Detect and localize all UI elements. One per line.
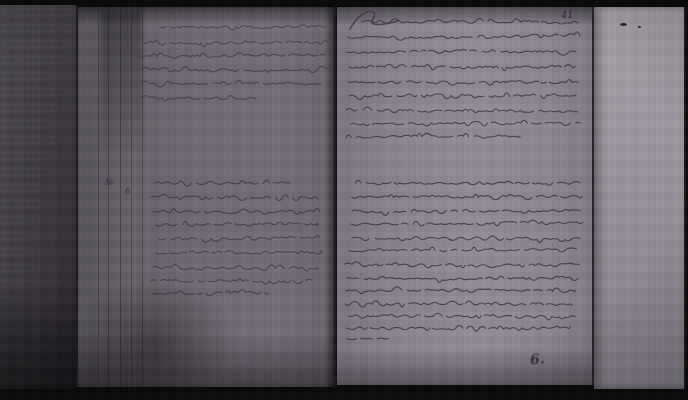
right-manuscript-page: 41 6. — [337, 7, 594, 385]
book-page-stack-edge — [0, 5, 76, 389]
paper-fleck — [638, 26, 641, 28]
facing-blank-page — [594, 7, 686, 389]
page-stack-shadow — [0, 279, 76, 389]
catchword-mark: 6. — [529, 351, 545, 368]
paper-fleck — [620, 23, 627, 26]
folio-number: 41 — [561, 10, 574, 22]
ink-smudge — [100, 9, 142, 149]
corner-shadow — [68, 277, 238, 400]
margin-entry-number: № б — [105, 176, 150, 198]
manuscript-photo: № б 41 6. — [0, 0, 688, 400]
left-manuscript-page: № б — [76, 7, 336, 387]
